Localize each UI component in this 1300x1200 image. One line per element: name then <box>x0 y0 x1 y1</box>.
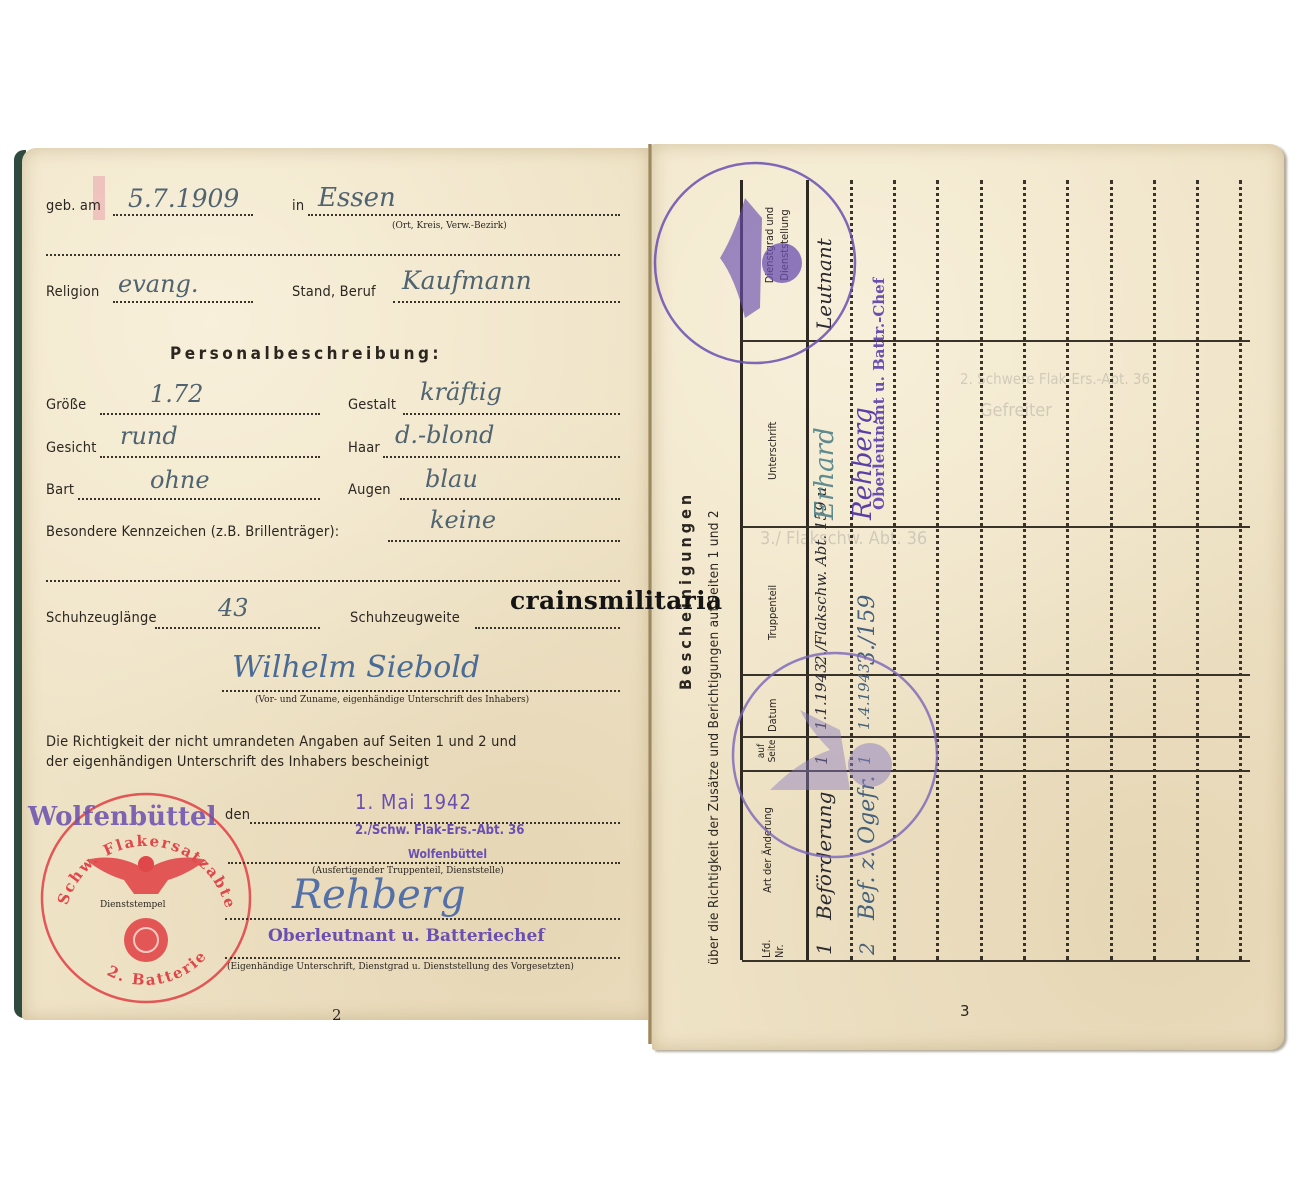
dotted-line <box>113 214 253 216</box>
unit-stamp-line-1: 2./Schw. Flak-Ers.-Abt. 36 <box>355 823 524 838</box>
rank-stamp: Oberleutnant u. Batteriechef <box>268 926 545 946</box>
dotted-line <box>228 862 620 864</box>
occupation-value: Kaufmann <box>402 266 532 295</box>
eyes-label: Augen <box>348 482 391 498</box>
column-header-unterschrift: Unterschrift <box>766 422 779 480</box>
place-stamp: Wolfenbüttel <box>28 802 216 832</box>
dotted-line <box>225 918 620 920</box>
dotted-line <box>78 498 320 500</box>
certification-line-1: Die Richtigkeit der nicht umrandeten Ang… <box>46 734 517 750</box>
build-label: Gestalt <box>348 397 396 413</box>
height-label: Größe <box>46 397 86 413</box>
row-1-nr: 1 <box>812 942 836 955</box>
birth-place-label: in <box>292 198 304 214</box>
ghost-text: Gefreiter <box>980 400 1052 421</box>
ghost-text: 3./ Flakschw. Abt. 36 <box>760 528 927 549</box>
purple-stamp-icon <box>650 158 860 368</box>
dotted-line <box>155 627 320 629</box>
dotted-line <box>100 413 320 415</box>
face-label: Gesicht <box>46 440 97 456</box>
eyes-value: blau <box>425 465 478 493</box>
dotted-line <box>46 254 620 256</box>
unit-stamp-line-2: Wolfenbüttel <box>408 847 487 861</box>
shoe-length-value: 43 <box>218 594 249 622</box>
hair-label: Haar <box>348 440 380 456</box>
face-value: rund <box>120 422 178 450</box>
beard-label: Bart <box>46 482 74 498</box>
date-stamp: 1. Mai 1942 <box>355 790 472 814</box>
hair-value: d.-blond <box>395 421 494 449</box>
row-2-dienstgrad: Oberleutnant u. Battr.-Chef <box>870 278 888 510</box>
dotted-line <box>475 627 620 629</box>
column-header-truppenteil: Truppenteil <box>766 585 779 640</box>
religion-value: evang. <box>118 270 199 298</box>
birth-date-label: geb. am <box>46 198 101 214</box>
right-page-subtitle: über die Richtigkeit der Zusätze und Ber… <box>706 510 722 965</box>
row-1-unterschrift: Erhard <box>810 427 840 520</box>
build-value: kräftig <box>420 378 502 406</box>
holder-signature-hint: (Vor- und Zuname, eigenhändige Unterschr… <box>255 695 529 705</box>
row-2-nr: 2 <box>855 942 879 955</box>
special-marks-value: keine <box>430 506 496 534</box>
special-marks-label: Besondere Kennzeichen (z.B. Brillenträge… <box>46 524 339 540</box>
occupation-label: Stand, Beruf <box>292 284 376 300</box>
column-separator <box>742 960 1250 962</box>
dotted-line <box>383 456 620 458</box>
page-number-left: 2 <box>332 1006 342 1024</box>
purple-stamp-bottom <box>730 650 940 860</box>
dotted-line <box>393 301 620 303</box>
stamp-center-label: Dienststempel <box>100 900 166 910</box>
dotted-line <box>400 498 620 500</box>
birth-date-value: 5.7.1909 <box>128 184 239 213</box>
description-heading: Personalbeschreibung: <box>170 344 442 364</box>
dotted-line <box>308 214 620 216</box>
officer-signature: Rehberg <box>292 872 466 918</box>
holder-signature: Wilhelm Siebold <box>232 650 480 685</box>
den-label: den <box>225 807 250 823</box>
purple-stamp-top <box>650 158 860 368</box>
dotted-line <box>225 957 620 959</box>
dotted-line <box>403 413 620 415</box>
purple-stamp-icon <box>730 650 940 860</box>
religion-label: Religion <box>46 284 99 300</box>
column-header-nr: Lfd. Nr. <box>760 928 786 958</box>
height-value: 1.72 <box>150 380 203 408</box>
superior-hint: (Eigenhändige Unterschrift, Dienstgrad u… <box>227 962 574 972</box>
page-number-right: 3 <box>960 1002 970 1020</box>
dotted-line <box>100 456 320 458</box>
dotted-line <box>113 301 253 303</box>
ghost-text: 2. Schwere Flak-Ers.-Abt. 36 <box>960 370 1150 388</box>
dotted-line <box>388 540 620 542</box>
shoe-width-label: Schuhzeugweite <box>350 610 460 626</box>
birth-place-value: Essen <box>318 183 396 213</box>
dotted-line <box>46 580 620 582</box>
beard-value: ohne <box>150 466 210 494</box>
shoe-length-label: Schuhzeuglänge <box>46 610 157 626</box>
certification-line-2: der eigenhändigen Unterschrift des Inhab… <box>46 754 429 770</box>
watermark-text: crainsmilitaria <box>510 586 722 615</box>
dotted-line <box>222 690 620 692</box>
birth-place-hint: (Ort, Kreis, Verw.-Bezirk) <box>392 221 507 231</box>
